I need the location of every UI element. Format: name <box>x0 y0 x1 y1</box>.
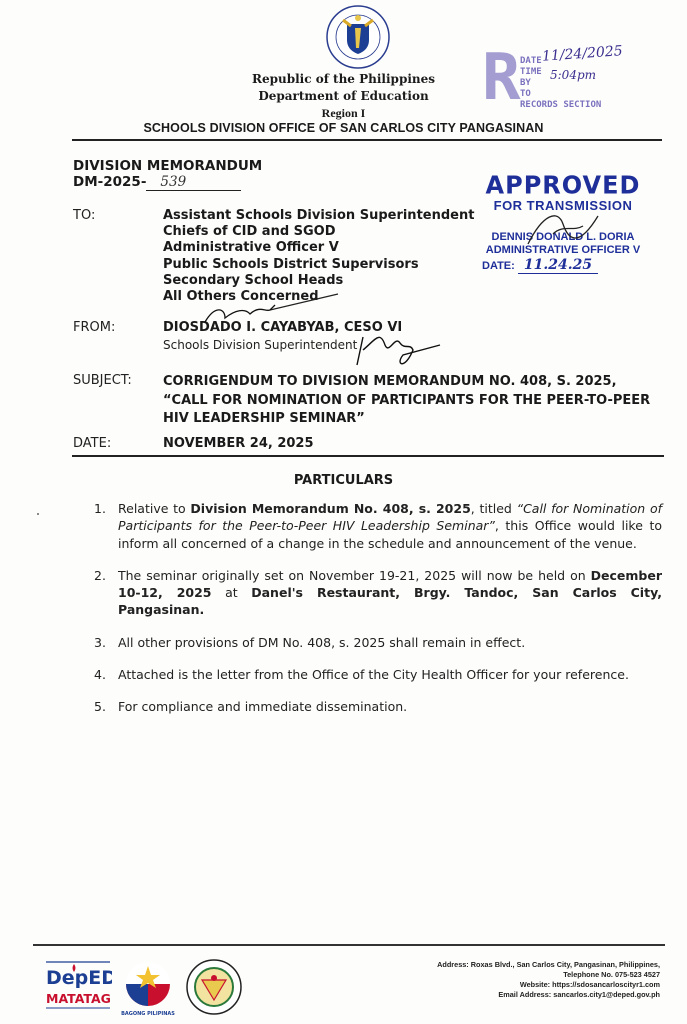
approved-date-value: 11.24.25 <box>518 257 598 274</box>
deped-matatag-logo-icon: DepED MATATAG <box>44 958 112 1014</box>
to-label: TO: <box>73 208 95 223</box>
bagong-pilipinas-logo-icon: BAGONG PILIPINAS <box>118 960 178 1018</box>
particulars-item: 4.Attached is the letter from the Office… <box>94 666 662 683</box>
footer-telephone: Telephone No. 075-523 4527 <box>437 970 660 980</box>
recipient: Assistant Schools Division Superintenden… <box>163 208 474 224</box>
item-text: Relative to Division Memorandum No. 408,… <box>118 500 662 552</box>
approved-date-label: DATE: <box>482 260 515 272</box>
svg-text:DepED: DepED <box>46 967 112 989</box>
particulars-item: 1.Relative to Division Memorandum No. 40… <box>94 500 662 552</box>
released-time-handwritten: 5:04pm <box>550 68 596 82</box>
header-office: SCHOOLS DIVISION OFFICE OF SAN CARLOS CI… <box>0 121 687 135</box>
item-text: The seminar originally set on November 1… <box>118 567 662 619</box>
released-row-section: RECORDS SECTION <box>520 100 601 111</box>
deped-seal-icon <box>325 4 391 70</box>
item-text: For compliance and immediate disseminati… <box>118 698 662 715</box>
recipient: Chiefs of CID and SGOD <box>163 224 474 240</box>
scan-speck <box>37 513 39 515</box>
svg-text:MATATAG: MATATAG <box>46 991 111 1006</box>
approved-signature-icon <box>523 204 603 254</box>
particulars-item: 2.The seminar originally set on November… <box>94 567 662 619</box>
memo-title: DIVISION MEMORANDUM <box>73 158 262 174</box>
to-recipients: Assistant Schools Division Superintenden… <box>163 208 474 305</box>
item-number: 3. <box>94 634 118 651</box>
approved-date: DATE: 11.24.25 <box>478 257 648 274</box>
approved-title: APPROVED <box>478 171 648 198</box>
footer-email[interactable]: Email Address: sancarlos.city1@deped.gov… <box>437 990 660 1000</box>
date-label: DATE: <box>73 436 111 451</box>
released-stamp-letter: R <box>482 46 521 110</box>
particulars-heading: PARTICULARS <box>0 473 687 488</box>
particulars-item: 5.For compliance and immediate dissemina… <box>94 698 662 715</box>
subject-label: SUBJECT: <box>73 373 132 388</box>
approved-stamp: APPROVED FOR TRANSMISSION DENNIS DONALD … <box>478 172 648 292</box>
header-divider <box>72 139 662 141</box>
item-text: All other provisions of DM No. 408, s. 2… <box>118 634 662 651</box>
item-number: 1. <box>94 500 118 552</box>
memo-number-prefix: DM-2025- <box>73 174 146 190</box>
released-date-handwritten: 11/24/2025 <box>542 43 624 65</box>
footer-address: Address: Roxas Blvd., San Carlos City, P… <box>437 960 660 970</box>
footer-website[interactable]: Website: https://sdosancarloscityr1.com <box>437 980 660 990</box>
released-row-to: TO <box>520 89 601 100</box>
schools-division-office-seal-icon <box>185 958 243 1016</box>
particulars-item: 3.All other provisions of DM No. 408, s.… <box>94 634 662 651</box>
date-value: NOVEMBER 24, 2025 <box>163 436 314 451</box>
subject-text: CORRIGENDUM TO DIVISION MEMORANDUM NO. 4… <box>163 373 663 429</box>
memo-number-handwritten: 539 <box>146 174 241 191</box>
item-number: 5. <box>94 698 118 715</box>
from-title: Schools Division Superintendent <box>163 338 357 352</box>
recipient: Administrative Officer V <box>163 240 474 256</box>
footer-divider <box>33 944 665 946</box>
item-text: Attached is the letter from the Office o… <box>118 666 662 683</box>
item-number: 4. <box>94 666 118 683</box>
memo-header-divider <box>72 455 664 457</box>
initial-signature-icon <box>355 325 445 370</box>
from-label: FROM: <box>73 320 115 335</box>
released-stamp-rows: DATE TIME BY TO RECORDS SECTION <box>520 56 601 111</box>
footer-contact: Address: Roxas Blvd., San Carlos City, P… <box>437 960 660 1000</box>
recipient: Public Schools District Supervisors <box>163 257 474 273</box>
released-stamp: R DATE TIME BY TO RECORDS SECTION 11/24/… <box>480 38 640 123</box>
item-number: 2. <box>94 567 118 619</box>
memo-number: DM-2025-539 <box>73 174 241 191</box>
svg-text:BAGONG PILIPINAS: BAGONG PILIPINAS <box>121 1011 175 1017</box>
recipient: Secondary School Heads <box>163 273 474 289</box>
superintendent-signature-icon <box>195 300 345 330</box>
particulars-list: 1.Relative to Division Memorandum No. 40… <box>94 500 662 731</box>
